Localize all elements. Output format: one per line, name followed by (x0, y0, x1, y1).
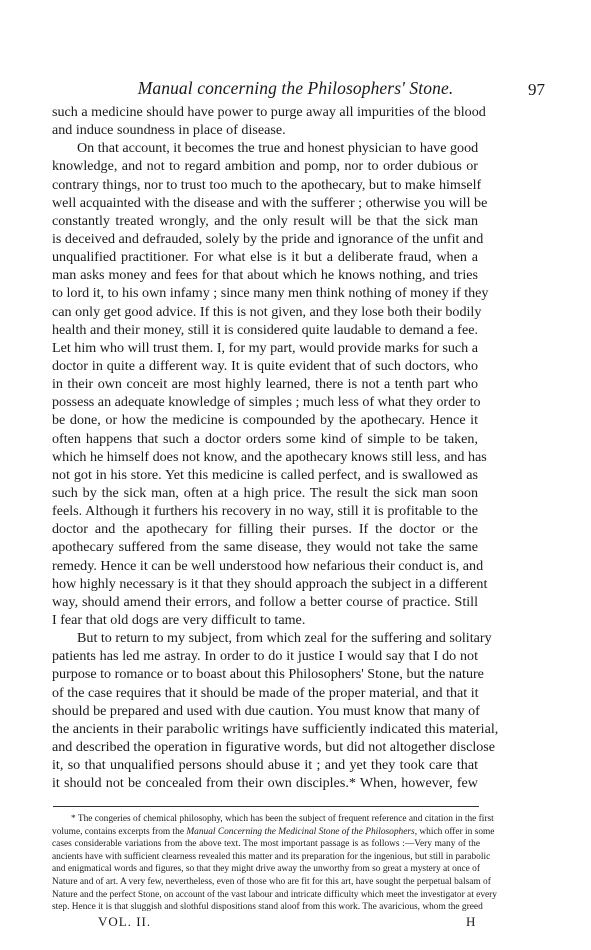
text-line: well acquainted with the disease and wit… (52, 194, 478, 212)
text-line: doctor in quite a different way. It is q… (52, 357, 478, 375)
running-title: Manual concerning the Philosophers' Ston… (0, 78, 591, 99)
text-line: unqualified practitioner. For what else … (52, 248, 478, 266)
text-line: possess an adequate knowledge of simples… (52, 393, 478, 411)
text-line: contrary things, nor to trust too much t… (52, 176, 478, 194)
text-line: and described the operation in figurativ… (52, 738, 478, 756)
signature-mark: H (466, 914, 475, 930)
text-line: purpose to romance or to boast about thi… (52, 665, 478, 683)
text-line: doctor and the apothecary for filling th… (52, 520, 478, 538)
text-line: which he himself does not know, and the … (52, 448, 478, 466)
text-line: such by the sick man, often at a high pr… (52, 484, 478, 502)
text-line: often happens that such a doctor orders … (52, 430, 478, 448)
footnote-line: and enigmatical words and figures, so th… (52, 863, 480, 876)
page-header: Manual concerning the Philosophers' Ston… (0, 78, 591, 100)
paragraph-start-line: On that account, it becomes the true and… (52, 139, 478, 157)
text-line: Let him who will trust them. I, for my p… (52, 339, 478, 357)
text-line: to lord it, to his own infamy ; since ma… (52, 284, 478, 302)
footnote: * The congeries of chemical philosophy, … (52, 813, 480, 914)
text-line: the ancients in their parabolic writings… (52, 720, 478, 738)
footnote-line: ancients have with sufficient clearness … (52, 851, 480, 864)
text-line: health and their money, still it is cons… (52, 321, 478, 339)
text-line: I fear that old dogs are very difficult … (52, 611, 478, 629)
footnote-line: volume, contains excerpts from the Manua… (52, 826, 480, 839)
text-line: man asks money and fees for that about w… (52, 266, 478, 284)
footnote-line: step. Hence it is that sluggish and slot… (52, 901, 480, 914)
text-line: patients has led me astray. In order to … (52, 647, 478, 665)
main-text: such a medicine should have power to pur… (52, 103, 478, 792)
footnote-line: Nature and the perfect Stone, on account… (52, 889, 480, 902)
footnote-cited-title: Manual Concerning the Medicinal Stone of… (186, 827, 417, 837)
footnote-line: cases considerable variations from the a… (52, 838, 480, 851)
footnote-line: * The congeries of chemical philosophy, … (52, 813, 480, 826)
footnote-divider (53, 806, 479, 807)
text-line: can only get good advice. If this is not… (52, 303, 478, 321)
footnote-line: Nature and of art. A very few, neverthel… (52, 876, 480, 889)
text-line: remedy. Hence it can be well understood … (52, 557, 478, 575)
text-line: should be prepared and used with due cau… (52, 702, 478, 720)
text-line: knowledge, and not to regard ambition an… (52, 157, 478, 175)
text-line: be done, or how the medicine is compound… (52, 411, 478, 429)
text-line: and induce soundness in place of disease… (52, 121, 478, 139)
paragraph-start-line: But to return to my subject, from which … (52, 629, 478, 647)
volume-label: VOL. II. (98, 914, 151, 930)
text-line: in their own conceit are most highly lea… (52, 375, 478, 393)
text-line: apothecary suffered from the same diseas… (52, 538, 478, 556)
text-line: it, so that unqualified persons should a… (52, 756, 478, 774)
page-footer: VOL. II. H (0, 914, 591, 930)
text-line: feels. Although it furthers his recovery… (52, 502, 478, 520)
text-line: how highly necessary is it that they sho… (52, 575, 478, 593)
text-line: is deceived and defrauded, solely by the… (52, 230, 478, 248)
text-line: such a medicine should have power to pur… (52, 103, 478, 121)
page-number: 97 (528, 80, 545, 100)
text-line: constantly treated wrongly, and the only… (52, 212, 478, 230)
text-line: of the case requires that it should be m… (52, 684, 478, 702)
text-line: not got in his store. Yet this medicine … (52, 466, 478, 484)
text-line: it should not be concealed from their ow… (52, 774, 478, 792)
text-line: way, should amend their errors, and foll… (52, 593, 478, 611)
